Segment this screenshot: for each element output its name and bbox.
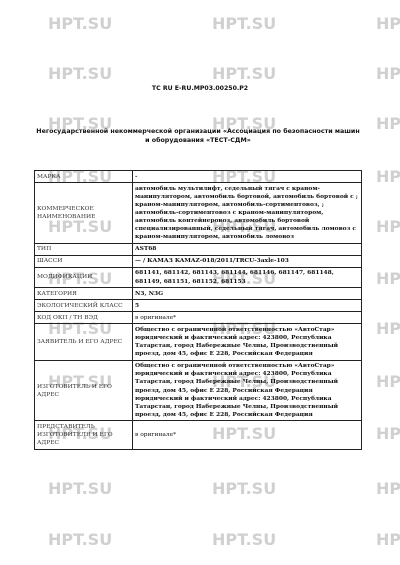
watermark-text: HPT.SU [376,530,400,549]
row-label: ЗАЯВИТЕЛЬ И ЕГО АДРЕС [35,324,133,360]
row-value: N3, N3G [133,288,362,300]
row-value: автомобиль мультилифт, седельный тягач с… [133,183,362,244]
watermark-text: HPT.SU [48,479,112,498]
row-label: ИЗГОТОВИТЕЛЬ И ЕГО АДРЕС [35,360,133,421]
table-row-okp-code: КОД ОКП / ТН ВЭД в оригинале* [35,312,362,324]
row-value: в оригинале* [133,421,362,449]
watermark-text: HPT.SU [376,479,400,498]
watermark-text: HPT.SU [376,217,400,236]
watermark-text: HPT.SU [376,14,400,33]
watermark-text: HPT.SU [376,167,400,186]
certificate-number: TC RU E-RU.MP03.00250.P2 [0,85,400,92]
row-value: 681141, 681142, 681143, 681144, 681146, … [133,267,362,287]
table-row-modifications: МОДИФИКАЦИИ 681141, 681142, 681143, 6811… [35,267,362,287]
watermark-text: HPT.SU [212,530,276,549]
row-label: МОДИФИКАЦИИ [35,267,133,287]
table-row-eco-class: ЭКОЛОГИЧЕСКИЙ КЛАСС 5 [35,300,362,312]
watermark-text: HPT.SU [212,64,276,83]
table-row-category: КАТЕГОРИЯ N3, N3G [35,288,362,300]
watermark-text: HPT.SU [376,372,400,391]
table-row-chassis: ШАССИ — / КАМАЗ KAMAZ-018/2011/TRCU-3axl… [35,255,362,267]
table-row-applicant: ЗАЯВИТЕЛЬ И ЕГО АДРЕС Общество с огранич… [35,324,362,360]
row-label: КОД ОКП / ТН ВЭД [35,312,133,324]
row-value: - [133,171,362,183]
watermark-text: HPT.SU [48,14,112,33]
table-row-representative: ПРЕДСТАВИТЕЛЬ ИЗГОТОВИТЕЛЯ И ЕГО АДРЕС в… [35,421,362,449]
watermark-text: HPT.SU [376,269,400,288]
issuing-organization: Негосударственной некоммерческой организ… [34,127,362,145]
row-label: ПРЕДСТАВИТЕЛЬ ИЗГОТОВИТЕЛЯ И ЕГО АДРЕС [35,421,133,449]
watermark-text: HPT.SU [212,14,276,33]
table-row-commercial-name: КОММЕРЧЕСКОЕ НАИМЕНОВАНИЕ автомобиль мул… [35,183,362,244]
watermark-text: HPT.SU [376,114,400,133]
table-row-type: ТИП AST68 [35,243,362,255]
watermark-text: HPT.SU [48,530,112,549]
watermark-text: HPT.SU [376,424,400,443]
row-value: — / КАМАЗ KAMAZ-018/2011/TRCU-3axle-103 [133,255,362,267]
row-label: ТИП [35,243,133,255]
row-label: КОММЕРЧЕСКОЕ НАИМЕНОВАНИЕ [35,183,133,244]
row-label: МАРКА [35,171,133,183]
row-value: AST68 [133,243,362,255]
watermark-text: HPT.SU [376,319,400,338]
row-label: ШАССИ [35,255,133,267]
row-label: ЭКОЛОГИЧЕСКИЙ КЛАСС [35,300,133,312]
table-row-brand: МАРКА - [35,171,362,183]
table-row-manufacturer: ИЗГОТОВИТЕЛЬ И ЕГО АДРЕС Общество с огра… [35,360,362,421]
row-value: Общество с ограниченной ответственностью… [133,324,362,360]
row-value: в оригинале* [133,312,362,324]
watermark-text: HPT.SU [48,64,112,83]
watermark-text: HPT.SU [376,64,400,83]
row-label: КАТЕГОРИЯ [35,288,133,300]
row-value: 5 [133,300,362,312]
vehicle-specs-table: МАРКА - КОММЕРЧЕСКОЕ НАИМЕНОВАНИЕ автомо… [34,170,362,450]
row-value: Общество с ограниченной ответственностью… [133,360,362,421]
watermark-text: HPT.SU [212,479,276,498]
